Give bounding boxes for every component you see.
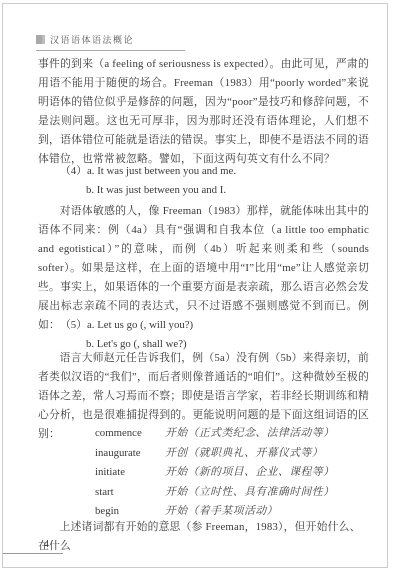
- example-4: （4）a. It was just between you and me. b.…: [60, 162, 360, 200]
- word: initiate: [95, 463, 165, 483]
- example-4-label: （4）: [60, 165, 87, 177]
- example-4a-text: a. It was just between you and me.: [87, 165, 236, 177]
- word-row-inaugurate: inaugurate 开创（就职典礼、开幕仪式等）: [95, 444, 365, 464]
- example-5a-text: a. Let us go (, will you?): [87, 319, 193, 331]
- word-definition-list: commence 开始（正式类纪念、法律活动等） inaugurate 开创（就…: [95, 424, 365, 522]
- paragraph-1: 事件的到来（a feeling of seriousness is expect…: [38, 55, 369, 169]
- word-gloss: 开始（新的项目、企业、课程等）: [165, 463, 334, 483]
- example-5-label: （5）: [60, 319, 87, 331]
- word-gloss: 开始（立时性、具有准确时间性）: [165, 483, 334, 503]
- word-row-start: start 开始（立时性、具有准确时间性）: [95, 483, 365, 503]
- page-number: 4: [44, 539, 49, 550]
- paragraph-4: 上述诸词都有开始的意思（参 Freeman，1983），但开始什么、在什么: [38, 518, 369, 556]
- word: commence: [95, 424, 165, 444]
- word-row-commence: commence 开始（正式类纪念、法律活动等）: [95, 424, 365, 444]
- section-square-icon: [36, 35, 45, 44]
- word: inaugurate: [95, 444, 165, 464]
- footer-rule: [3, 553, 63, 554]
- word-gloss: 开创（就职典礼、开幕仪式等）: [165, 444, 323, 464]
- word-row-initiate: initiate 开始（新的项目、企业、课程等）: [95, 463, 365, 483]
- example-5a: （5）a. Let us go (, will you?): [60, 316, 360, 335]
- word: start: [95, 483, 165, 503]
- running-header: 汉语语体语法概论: [36, 33, 134, 46]
- example-4a: （4）a. It was just between you and me.: [60, 162, 360, 181]
- book-title: 汉语语体语法概论: [50, 33, 134, 46]
- header-underline: [36, 50, 185, 51]
- word-gloss: 开始（正式类纪念、法律活动等）: [165, 424, 334, 444]
- example-4b: b. It was just between you and I.: [86, 181, 360, 200]
